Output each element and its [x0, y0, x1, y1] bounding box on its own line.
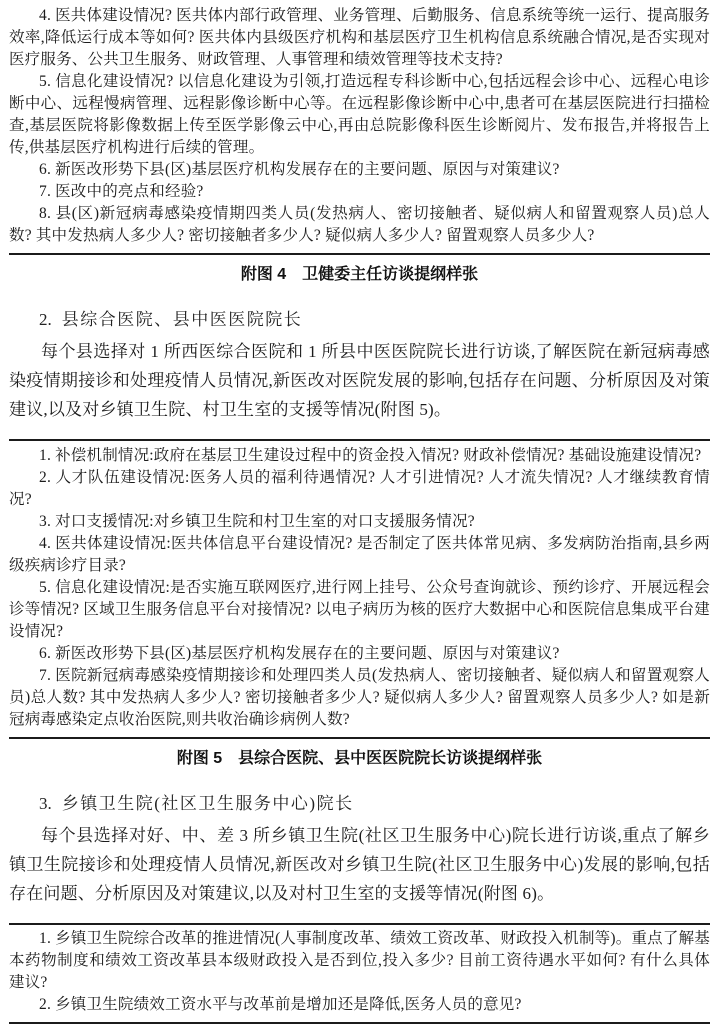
section-heading-2-number: 2.	[39, 310, 52, 329]
outline-item: 7. 医院新冠病毒感染疫情期接诊和处理四类人员(发热病人、密切接触者、疑似病人和…	[9, 665, 710, 731]
outline-item: 5. 信息化建设情况? 以信息化建设为引领,打造远程专科诊断中心,包括远程会诊中…	[9, 71, 710, 159]
outline-item: 6. 新医改形势下县(区)基层医疗机构发展存在的主要问题、原因与对策建议?	[9, 643, 710, 665]
figure4-title: 卫健委主任访谈提纲样张	[302, 266, 478, 283]
section-heading-3-number: 3.	[39, 794, 52, 813]
outline-box-figure4: 4. 医共体建设情况? 医共体内部行政管理、业务管理、后勤服务、信息系统等统一运…	[9, 5, 710, 255]
outline-item: 3. 对口支援情况:对乡镇卫生院和村卫生室的对口支援服务情况?	[9, 511, 710, 533]
outline-item: 5. 信息化建设情况:是否实施互联网医疗,进行网上挂号、公众号查询就诊、预约诊疗…	[9, 577, 710, 643]
outline-box-figure5: 1. 补偿机制情况:政府在基层卫生建设过程中的资金投入情况? 财政补偿情况? 基…	[9, 439, 710, 739]
section-heading-2: 2.县综合医院、县中医医院院长	[39, 309, 710, 331]
outline-item: 1. 补偿机制情况:政府在基层卫生建设过程中的资金投入情况? 财政补偿情况? 基…	[9, 445, 710, 467]
figure4-label: 附图 4	[241, 266, 286, 283]
figure5-title: 县综合医院、县中医医院院长访谈提纲样张	[238, 750, 542, 767]
section-3-paragraph: 每个县选择对好、中、差 3 所乡镇卫生院(社区卫生服务中心)院长进行访谈,重点了…	[9, 821, 710, 908]
document-page: 4. 医共体建设情况? 医共体内部行政管理、业务管理、后勤服务、信息系统等统一运…	[0, 0, 719, 1025]
section-heading-2-text: 县综合医院、县中医医院院长	[62, 310, 303, 329]
section-2-paragraph: 每个县选择对 1 所西医综合医院和 1 所县中医医院院长进行访谈,了解医院在新冠…	[9, 337, 710, 424]
outline-item: 6. 新医改形势下县(区)基层医疗机构发展存在的主要问题、原因与对策建议?	[9, 159, 710, 181]
figure5-label: 附图 5	[177, 750, 222, 767]
figure4-caption: 附图 4卫健委主任访谈提纲样张	[9, 265, 710, 285]
outline-item: 8. 县(区)新冠病毒感染疫情期四类人员(发热病人、密切接触者、疑似病人和留置观…	[9, 203, 710, 247]
outline-item: 7. 医改中的亮点和经验?	[9, 181, 710, 203]
outline-item: 4. 医共体建设情况? 医共体内部行政管理、业务管理、后勤服务、信息系统等统一运…	[9, 5, 710, 71]
outline-item: 2. 乡镇卫生院绩效工资水平与改革前是增加还是降低,医务人员的意见?	[9, 994, 710, 1016]
outline-item: 4. 医共体建设情况:医共体信息平台建设情况? 是否制定了医共体常见病、多发病防…	[9, 533, 710, 577]
outline-item: 2. 人才队伍建设情况:医务人员的福利待遇情况? 人才引进情况? 人才流失情况?…	[9, 467, 710, 511]
section-heading-3: 3.乡镇卫生院(社区卫生服务中心)院长	[39, 793, 710, 815]
outline-item: 1. 乡镇卫生院综合改革的推进情况(人事制度改革、绩效工资改革、财政投入机制等)…	[9, 928, 710, 994]
figure5-caption: 附图 5县综合医院、县中医医院院长访谈提纲样张	[9, 749, 710, 769]
outline-box-figure6: 1. 乡镇卫生院综合改革的推进情况(人事制度改革、绩效工资改革、财政投入机制等)…	[9, 923, 710, 1024]
section-heading-3-text: 乡镇卫生院(社区卫生服务中心)院长	[62, 794, 354, 813]
